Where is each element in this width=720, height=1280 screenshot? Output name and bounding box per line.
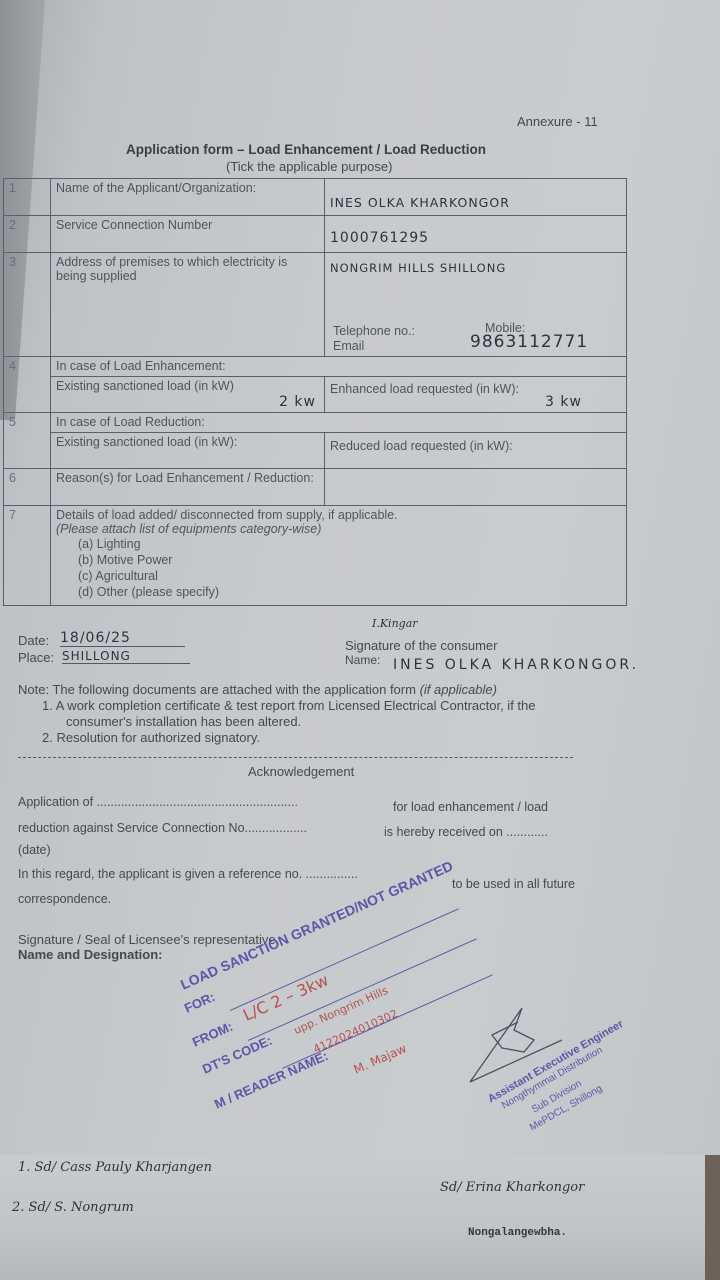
category-motive-power: (b) Motive Power bbox=[78, 552, 621, 568]
application-form-table: 1 Name of the Applicant/Organization: IN… bbox=[3, 178, 627, 606]
form-row-applicant-name: 1 Name of the Applicant/Organization: IN… bbox=[4, 179, 627, 216]
form-row-load-details: 7 Details of load added/ disconnected fr… bbox=[4, 506, 627, 606]
ack-line-5: correspondence. bbox=[18, 892, 111, 906]
note-text: The following documents are attached wit… bbox=[52, 682, 415, 697]
designation-label: Name and Designation: bbox=[18, 947, 162, 962]
category-other: (d) Other (please specify) bbox=[78, 584, 621, 600]
ack-line-4b: to be used in all future bbox=[452, 877, 575, 891]
ack-line-1b: for load enhancement / load bbox=[393, 800, 548, 814]
main-signature: Sd/ Erina Kharkongor bbox=[440, 1180, 584, 1195]
date-value[interactable]: 18/06/25 bbox=[60, 630, 185, 647]
reduction-existing-label: Existing sanctioned load (in kW): bbox=[51, 433, 325, 469]
note-item-1: 1. A work completion certificate & test … bbox=[42, 698, 536, 713]
witness-2-signature: 2. Sd/ S. Nongrum bbox=[12, 1200, 134, 1215]
note-item-2: 2. Resolution for authorized signatory. bbox=[42, 730, 260, 745]
row-label: In case of Load Enhancement: bbox=[51, 357, 627, 377]
category-lighting: (a) Lighting bbox=[78, 536, 621, 552]
row-label: Details of load added/ disconnected from… bbox=[56, 508, 621, 522]
reduced-load-label: Reduced load requested (in kW): bbox=[325, 433, 627, 469]
row-number: 1 bbox=[4, 179, 51, 216]
acknowledgement-heading: Acknowledgement bbox=[248, 764, 354, 779]
row-number: 3 bbox=[4, 253, 51, 357]
ack-line-3: (date) bbox=[18, 843, 51, 857]
row-label: Address of premises to which electricity… bbox=[51, 253, 325, 357]
reason-value[interactable] bbox=[325, 469, 627, 506]
existing-load-value[interactable]: 2 kw bbox=[279, 394, 316, 410]
place-value[interactable]: SHILLONG bbox=[62, 649, 190, 664]
telephone-label: Telephone no.: bbox=[333, 324, 415, 338]
category-agricultural: (c) Agricultural bbox=[78, 568, 621, 584]
row-label: Service Connection Number bbox=[51, 216, 325, 253]
load-enhancement-fields: Existing sanctioned load (in kW) 2 kw En… bbox=[4, 377, 627, 413]
note-prefix: Note: bbox=[18, 682, 49, 697]
note-italic: (if applicable) bbox=[420, 682, 497, 697]
applicant-name-value[interactable]: INES OLKA KHARKONGOR bbox=[330, 195, 510, 210]
form-row-service-connection: 2 Service Connection Number 1000761295 bbox=[4, 216, 627, 253]
consumer-signature: I.Kingar bbox=[372, 617, 418, 630]
witness-1-signature: 1. Sd/ Cass Pauly Kharjangen bbox=[18, 1160, 212, 1175]
form-row-load-reduction: 5 In case of Load Reduction: bbox=[4, 413, 627, 433]
form-title: Application form – Load Enhancement / Lo… bbox=[126, 142, 486, 157]
row-label: Name of the Applicant/Organization: bbox=[51, 179, 325, 216]
name-label: Name: bbox=[345, 653, 380, 667]
ack-line-2b: is hereby received on ............ bbox=[384, 825, 548, 839]
dashed-divider bbox=[18, 757, 573, 758]
ack-line-4a: In this regard, the applicant is given a… bbox=[18, 867, 358, 881]
address-value[interactable]: NONGRIM HILLS SHILLONG bbox=[330, 261, 621, 275]
date-label: Date: bbox=[18, 633, 49, 648]
row-label: Reason(s) for Load Enhancement / Reducti… bbox=[51, 469, 325, 506]
consumer-name-value[interactable]: INES OLKA KHARKONGOR. bbox=[393, 657, 639, 673]
email-label: Email bbox=[333, 339, 364, 353]
enhanced-load-value[interactable]: 3 kw bbox=[545, 394, 582, 410]
form-row-reason: 6 Reason(s) for Load Enhancement / Reduc… bbox=[4, 469, 627, 506]
row-number: 5 bbox=[4, 413, 51, 469]
form-subtitle: (Tick the applicable purpose) bbox=[226, 159, 392, 174]
service-connection-value[interactable]: 1000761295 bbox=[330, 230, 429, 246]
load-reduction-fields: Existing sanctioned load (in kW): Reduce… bbox=[4, 433, 627, 469]
table-edge bbox=[705, 1155, 720, 1280]
row-number: 6 bbox=[4, 469, 51, 506]
row-number: 7 bbox=[4, 506, 51, 606]
signature-label: Signature of the consumer bbox=[345, 638, 497, 653]
mobile-value[interactable]: 9863112771 bbox=[470, 332, 588, 352]
note-item-1-cont: consumer's installation has been altered… bbox=[66, 714, 301, 729]
form-row-address: 3 Address of premises to which electrici… bbox=[4, 253, 627, 357]
existing-load-label: Existing sanctioned load (in kW) bbox=[56, 379, 319, 393]
annexure-label: Annexure - 11 bbox=[517, 114, 598, 129]
form-row-load-enhancement: 4 In case of Load Enhancement: bbox=[4, 357, 627, 377]
typed-name: Nongalangewbha. bbox=[468, 1227, 567, 1239]
row-number: 4 bbox=[4, 357, 51, 413]
row-number: 2 bbox=[4, 216, 51, 253]
ack-line-2a: reduction against Service Connection No.… bbox=[18, 821, 307, 835]
row-label: In case of Load Reduction: bbox=[51, 413, 627, 433]
row-note: (Please attach list of equipments catego… bbox=[56, 522, 621, 536]
licensee-signature-label: Signature / Seal of Licensee's represent… bbox=[18, 932, 276, 947]
ack-line-1a: Application of .........................… bbox=[18, 795, 298, 809]
place-label: Place: bbox=[18, 650, 54, 665]
